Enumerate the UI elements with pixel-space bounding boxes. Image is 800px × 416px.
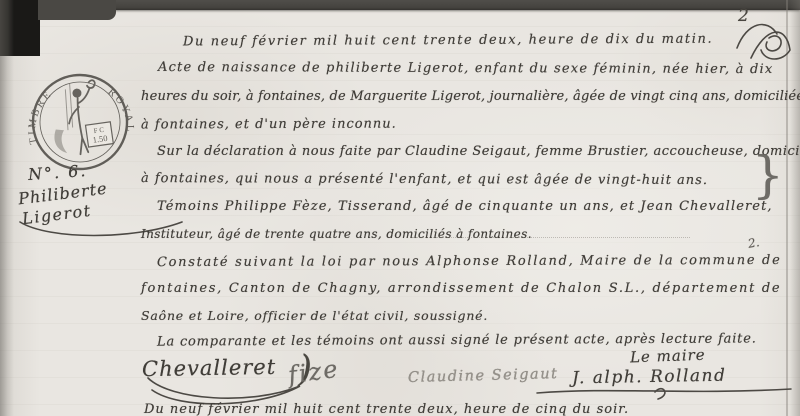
scanned-document-page: TIMBRE ROYAL F C 1.50 N°. 6. Philiberte … xyxy=(0,0,800,416)
margin-stray-mark: 2. xyxy=(747,235,761,251)
act-line: Saône et Loire, officier de l'état civil… xyxy=(141,308,488,323)
next-act-partial-line: Du neuf février mil huit cent trente deu… xyxy=(144,402,629,416)
closing-title: Le maire xyxy=(630,346,706,367)
act-line: Sur la déclaration à nous faite par Clau… xyxy=(157,144,800,159)
registrar-paraph-icon xyxy=(733,16,797,66)
signature-declarant-seigaut: Claudine Seigaut xyxy=(408,366,559,386)
scan-top-edge xyxy=(0,0,800,10)
act-line: à fontaines, qui nous a présenté l'enfan… xyxy=(141,171,708,188)
act-line: Acte de naissance de philiberte Ligerot,… xyxy=(158,60,773,77)
faint-rule xyxy=(410,237,690,238)
act-line: Du neuf février mil huit cent trente deu… xyxy=(183,32,713,50)
scan-corner-shadow xyxy=(38,0,116,20)
act-line: Témoins Philippe Fèze, Tisserand, âgé de… xyxy=(157,199,773,214)
margin-brace-mark: } xyxy=(752,146,784,204)
rolland-underline-flourish xyxy=(535,384,795,400)
act-line: Instituteur, âgé de trente quatre ans, d… xyxy=(141,227,532,241)
stamp-value-amount: 1.50 xyxy=(92,133,108,145)
margin-act-number: N°. 6. xyxy=(27,161,88,184)
scan-left-binding-shadow xyxy=(0,0,14,416)
stamp-value-tablet: F C 1.50 xyxy=(86,122,114,147)
act-line: à fontaines, et d'un père inconnu. xyxy=(141,117,397,133)
act-line: heures du soir, à fontaines, de Margueri… xyxy=(141,89,800,104)
act-line: Constaté suivant la loi par nous Alphons… xyxy=(157,253,782,270)
act-line: fontaines, Canton de Chagny, arrondissem… xyxy=(141,281,781,296)
